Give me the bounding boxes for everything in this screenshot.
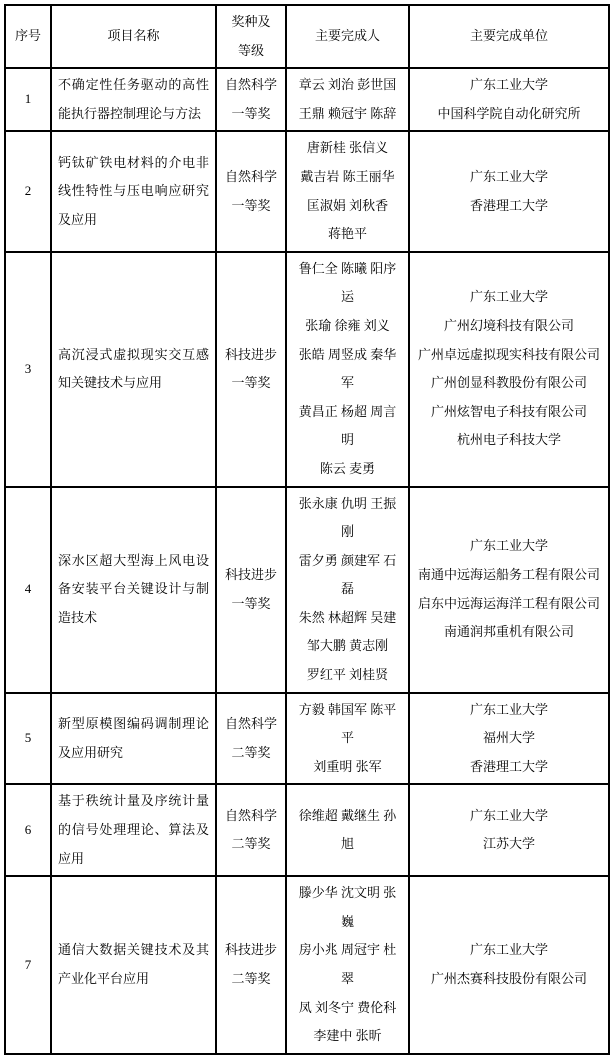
cell-units: 广东工业大学 南通中远海运船务工程有限公司 启东中远海运海洋工程有限公司 南通润… (409, 487, 609, 693)
cell-units: 广东工业大学 香港理工大学 (409, 131, 609, 251)
table-row: 1 不确定性任务驱动的高性能执行器控制理论与方法 自然科学 一等奖 章云 刘治 … (5, 68, 609, 131)
header-no: 序号 (5, 5, 51, 68)
cell-award: 科技进步 一等奖 (216, 487, 286, 693)
cell-contributors: 章云 刘治 彭世国 王鼎 赖冠宇 陈辞 (286, 68, 409, 131)
table-row: 7 通信大数据关键技术及其产业化平台应用 科技进步 二等奖 滕少华 沈文明 张巍… (5, 876, 609, 1054)
cell-project-name: 钙钛矿铁电材料的介电非线性特性与压电响应研究及应用 (51, 131, 216, 251)
cell-units: 广东工业大学 广州幻境科技有限公司 广州卓远虚拟现实科技有限公司 广州创显科教股… (409, 252, 609, 487)
header-contributors: 主要完成人 (286, 5, 409, 68)
table-row: 3 高沉浸式虚拟现实交互感知关键技术与应用 科技进步 一等奖 鲁仁全 陈曦 阳序… (5, 252, 609, 487)
cell-award: 自然科学 二等奖 (216, 693, 286, 785)
cell-no: 5 (5, 693, 51, 785)
table-row: 4 深水区超大型海上风电设备安装平台关键设计与制造技术 科技进步 一等奖 张永康… (5, 487, 609, 693)
cell-award: 科技进步 一等奖 (216, 252, 286, 487)
cell-project-name: 新型原模图编码调制理论及应用研究 (51, 693, 216, 785)
cell-no: 1 (5, 68, 51, 131)
cell-contributors: 张永康 仇明 王振刚 雷夕勇 颜建军 石磊 朱然 林超辉 吴建 邹大鹏 黄志刚 … (286, 487, 409, 693)
cell-project-name: 通信大数据关键技术及其产业化平台应用 (51, 876, 216, 1054)
table-row: 5 新型原模图编码调制理论及应用研究 自然科学 二等奖 方毅 韩国军 陈平平 刘… (5, 693, 609, 785)
header-units: 主要完成单位 (409, 5, 609, 68)
header-project-name: 项目名称 (51, 5, 216, 68)
cell-no: 4 (5, 487, 51, 693)
cell-units: 广东工业大学 江苏大学 (409, 784, 609, 876)
cell-project-name: 基于秩统计量及序统计量的信号处理理论、算法及应用 (51, 784, 216, 876)
table-row: 6 基于秩统计量及序统计量的信号处理理论、算法及应用 自然科学 二等奖 徐维超 … (5, 784, 609, 876)
header-award-type: 奖种及 等级 (216, 5, 286, 68)
cell-award: 科技进步 二等奖 (216, 876, 286, 1054)
cell-contributors: 方毅 韩国军 陈平平 刘重明 张军 (286, 693, 409, 785)
cell-project-name: 高沉浸式虚拟现实交互感知关键技术与应用 (51, 252, 216, 487)
cell-award: 自然科学 二等奖 (216, 784, 286, 876)
cell-no: 3 (5, 252, 51, 487)
cell-no: 6 (5, 784, 51, 876)
cell-award: 自然科学 一等奖 (216, 68, 286, 131)
cell-project-name: 深水区超大型海上风电设备安装平台关键设计与制造技术 (51, 487, 216, 693)
cell-project-name: 不确定性任务驱动的高性能执行器控制理论与方法 (51, 68, 216, 131)
header-row: 序号 项目名称 奖种及 等级 主要完成人 主要完成单位 (5, 5, 609, 68)
cell-units: 广东工业大学 广州杰赛科技股份有限公司 (409, 876, 609, 1054)
cell-units: 广东工业大学 中国科学院自动化研究所 (409, 68, 609, 131)
cell-contributors: 徐维超 戴继生 孙旭 (286, 784, 409, 876)
cell-units: 广东工业大学 福州大学 香港理工大学 (409, 693, 609, 785)
table-row: 2 钙钛矿铁电材料的介电非线性特性与压电响应研究及应用 自然科学 一等奖 唐新桂… (5, 131, 609, 251)
awards-table: 序号 项目名称 奖种及 等级 主要完成人 主要完成单位 1 不确定性任务驱动的高… (4, 4, 610, 1055)
cell-no: 7 (5, 876, 51, 1054)
cell-no: 2 (5, 131, 51, 251)
cell-award: 自然科学 一等奖 (216, 131, 286, 251)
cell-contributors: 滕少华 沈文明 张巍 房小兆 周冠宇 杜翠 凤 刘冬宁 费伦科 李建中 张昕 (286, 876, 409, 1054)
cell-contributors: 唐新桂 张信义 戴吉岩 陈王丽华 匡淑娟 刘秋香 蒋艳平 (286, 131, 409, 251)
cell-contributors: 鲁仁全 陈曦 阳序运 张瑜 徐雍 刘义 张皓 周竖成 秦华军 黄昌正 杨超 周言… (286, 252, 409, 487)
